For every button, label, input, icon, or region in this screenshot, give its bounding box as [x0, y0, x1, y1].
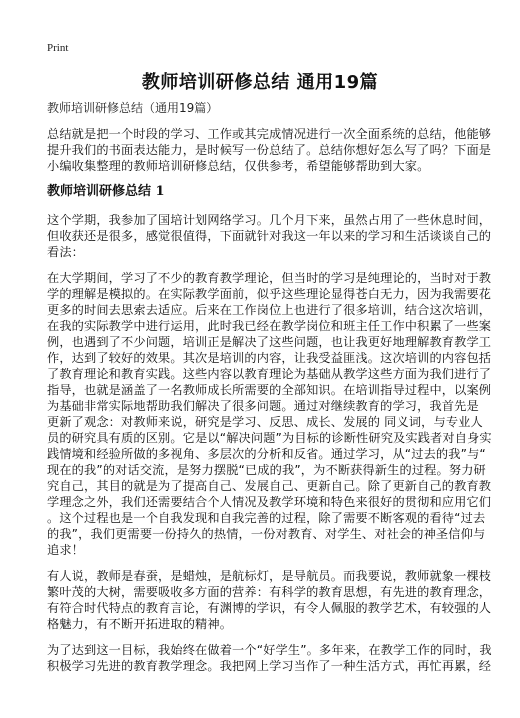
text-line: 追求！ — [47, 542, 475, 558]
paragraph: 为了达到这一目标，我始终在做着一个“好学生”。多年来，在教学工作的同时，我 积极… — [47, 642, 475, 674]
text-line: 看法： — [47, 244, 475, 260]
document-body: 教师培训研修总结（通用19篇） 总结就是把一个时段的学习、工作或其完成情况进行一… — [47, 100, 475, 684]
page-title: 教师培训研修总结 通用19篇 — [0, 68, 520, 94]
text-line: 学的理解是模拟的。在实际教学面前，似乎这些理论显得苍白无力，因为我需要花 — [47, 286, 475, 302]
text-line: 员的研究具有质的区别。它是以“解决问题”为目标的诊断性研究及实践者对自身实 — [47, 430, 475, 446]
text-line: 小编收集整理的教师培训研修总结，仅供参考，希望能够帮助到大家。 — [47, 158, 475, 174]
text-line: 提升我们的书面表达能力，是时候写一份总结了。总结你想好怎么写了吗？下面是 — [47, 142, 475, 158]
text-line: 为了达到这一目标，我始终在做着一个“好学生”。多年来，在教学工作的同时，我 — [47, 642, 475, 658]
intro-paragraph: 总结就是把一个时段的学习、工作或其完成情况进行一次全面系统的总结，他能够 提升我… — [47, 126, 475, 174]
paragraph: 这个学期，我参加了国培计划网络学习。几个月下来，虽然占用了一些休息时间， 但收获… — [47, 212, 475, 260]
text-line: 有人说，教师是春蚕，是蜡烛，是航标灯，是导航员。而我要说，教师就象一棵枝 — [47, 568, 475, 584]
print-label[interactable]: Print — [47, 42, 68, 54]
text-line: 总结就是把一个时段的学习、工作或其完成情况进行一次全面系统的总结，他能够 — [47, 126, 475, 142]
text-line: 更新了观念：对教师来说，研究是学习、反思、成长、发展的 同义词，与专业人 — [47, 414, 475, 430]
text-line: 格魅力，有不断开拓进取的精神。 — [47, 616, 475, 632]
text-line: 有符合时代特点的教育言论，有渊博的学识，有令人佩服的教学艺术，有较强的人 — [47, 600, 475, 616]
paragraph: 在大学期间，学习了不少的教育教学理论，但当时的学习是纯理论的，当时对于教 学的理… — [47, 270, 475, 558]
text-line: 在我的实际教学中进行运用，此时我已经在教学岗位和班主任工作中积累了一些案 — [47, 318, 475, 334]
text-line: 现在的我”的对话交流，是努力摆脱“已成的我”，为不断获得新生的过程。努力研 — [47, 462, 475, 478]
text-line: 究自己，其目的就是为了提高自己、发展自己、更新自己。除了更新自己的教育教 — [47, 478, 475, 494]
text-line: 在大学期间，学习了不少的教育教学理论，但当时的学习是纯理论的，当时对于教 — [47, 270, 475, 286]
text-line: 作，达到了较好的效果。其次是培训的内容，让我受益匪浅。这次培训的内容包括 — [47, 350, 475, 366]
text-line: 但收获还是很多，感觉很值得，下面就针对我这一年以来的学习和生活谈谈自己的 — [47, 228, 475, 244]
paragraph: 有人说，教师是春蚕，是蜡烛，是航标灯，是导航员。而我要说，教师就象一棵枝 繁叶茂… — [47, 568, 475, 632]
text-line: 为基础非常实际地帮助我们解决了很多问题。通过对继续教育的学习，我首先是 — [47, 398, 475, 414]
text-line: 学理念之外，我们还需要结合个人情况及教学环境和特色来很好的贯彻和应用它们 — [47, 494, 475, 510]
section-heading: 教师培训研修总结 1 — [47, 184, 475, 200]
text-line: 指导，也就是涵盖了一名教师成长所需要的全部知识。在培训指导过程中，以案例 — [47, 382, 475, 398]
text-line: 例，也遇到了不少问题，培训正是解决了这些问题，也让我更好地理解教育教学工 — [47, 334, 475, 350]
text-line: 积极学习先进的教育教学理念。我把网上学习当作了一种生活方式，再忙再累，经 — [47, 658, 475, 674]
text-line: 了教育理论和教育实践。这些内容以教育理论为基础从教学这些方面为我们进行了 — [47, 366, 475, 382]
text-line: 更多的时间去思索去适应。后来在工作岗位上也进行了很多培训，结合这次培训， — [47, 302, 475, 318]
document-subtitle: 教师培训研修总结（通用19篇） — [47, 100, 475, 116]
text-line: 这个学期，我参加了国培计划网络学习。几个月下来，虽然占用了一些休息时间， — [47, 212, 475, 228]
text-line: 。这个过程也是一个自我发现和自我完善的过程，除了需要不断客观的看待“过去 — [47, 510, 475, 526]
text-line: 繁叶茂的大树，需要吸收多方面的营养：有科学的教育思想，有先进的教育理念， — [47, 584, 475, 600]
text-line: 的我”，我们更需要一份持久的热情，一份对教育、对学生、对社会的神圣信仰与 — [47, 526, 475, 542]
text-line: 践情境和经验所做的多视角、多层次的分析和反省。通过学习，从“过去的我”与“ — [47, 446, 475, 462]
